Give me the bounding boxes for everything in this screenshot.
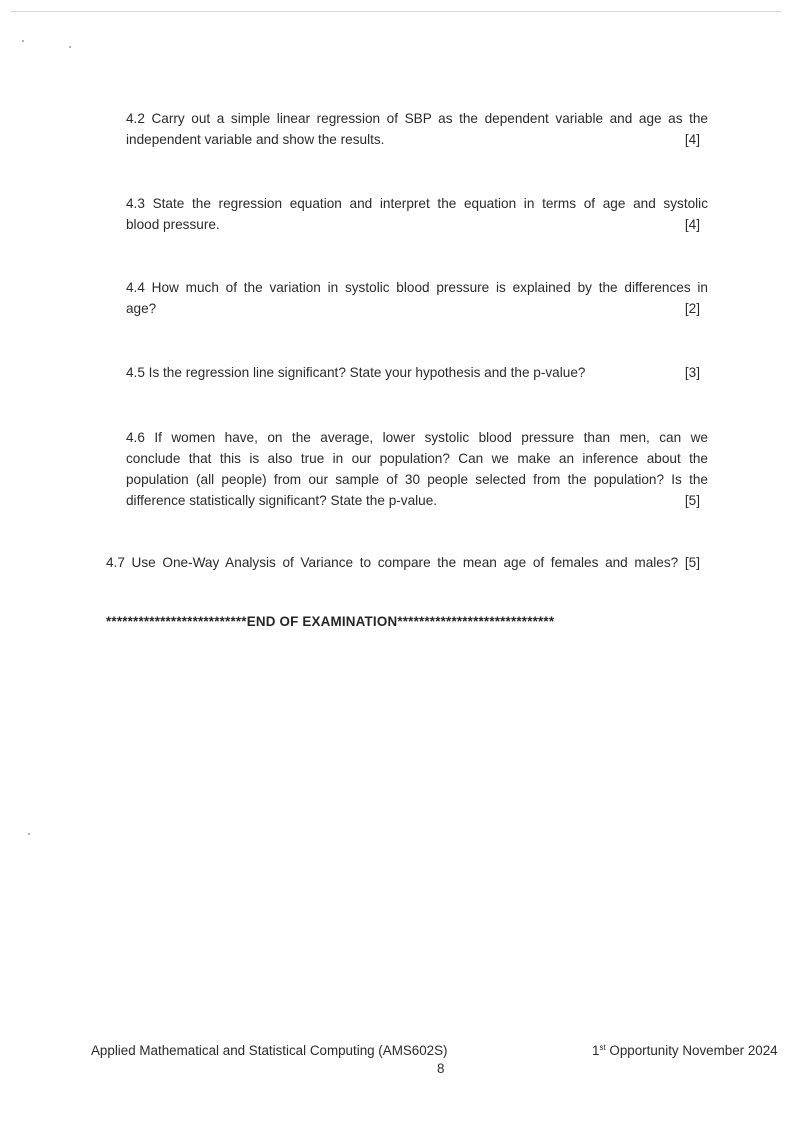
question-4-7: 4.7 Use One-Way Analysis of Variance to …: [106, 552, 700, 573]
question-4-4: 4.4 How much of the variation in systoli…: [126, 277, 708, 319]
question-text-line: population (all people) from our sample …: [126, 469, 708, 490]
marks-label: [5]: [685, 490, 700, 511]
scan-speck: [69, 46, 71, 48]
question-text-line: conclude that this is also true in our p…: [126, 448, 708, 469]
question-text-line: 4.3 State the regression equation and in…: [126, 193, 708, 214]
question-4-6: 4.6 If women have, on the average, lower…: [126, 427, 708, 511]
question-4-3: 4.3 State the regression equation and in…: [126, 193, 708, 235]
opportunity-text: Opportunity November 2024: [606, 1043, 778, 1058]
marks-label: [3]: [685, 362, 700, 383]
scan-edge-line: [10, 11, 782, 12]
marks-label: [4]: [685, 129, 700, 150]
question-text-line: 4.2 Carry out a simple linear regression…: [126, 108, 708, 129]
scan-speck: [28, 833, 30, 835]
footer-opportunity: 1st Opportunity November 2024: [592, 1043, 778, 1058]
question-4-2: 4.2 Carry out a simple linear regression…: [126, 108, 708, 150]
question-text-line: 4.4 How much of the variation in systoli…: [126, 277, 708, 298]
question-text-line: 4.6 If women have, on the average, lower…: [126, 427, 708, 448]
question-text-line: blood pressure.: [126, 217, 220, 232]
marks-label: [4]: [685, 214, 700, 235]
question-text-line: 4.7 Use One-Way Analysis of Variance to …: [106, 552, 700, 573]
question-text-line: independent variable and show the result…: [126, 132, 384, 147]
question-text-line: age?: [126, 301, 156, 316]
footer-course-title: Applied Mathematical and Statistical Com…: [91, 1043, 448, 1058]
page-number: 8: [437, 1061, 444, 1076]
question-4-5: 4.5 Is the regression line significant? …: [126, 362, 708, 383]
question-text-line: 4.5 Is the regression line significant? …: [126, 365, 585, 380]
scan-speck: [22, 40, 24, 42]
marks-label: [2]: [685, 298, 700, 319]
question-text-line: difference statistically significant? St…: [126, 493, 437, 508]
end-of-examination-banner: **************************END OF EXAMINA…: [106, 614, 700, 629]
